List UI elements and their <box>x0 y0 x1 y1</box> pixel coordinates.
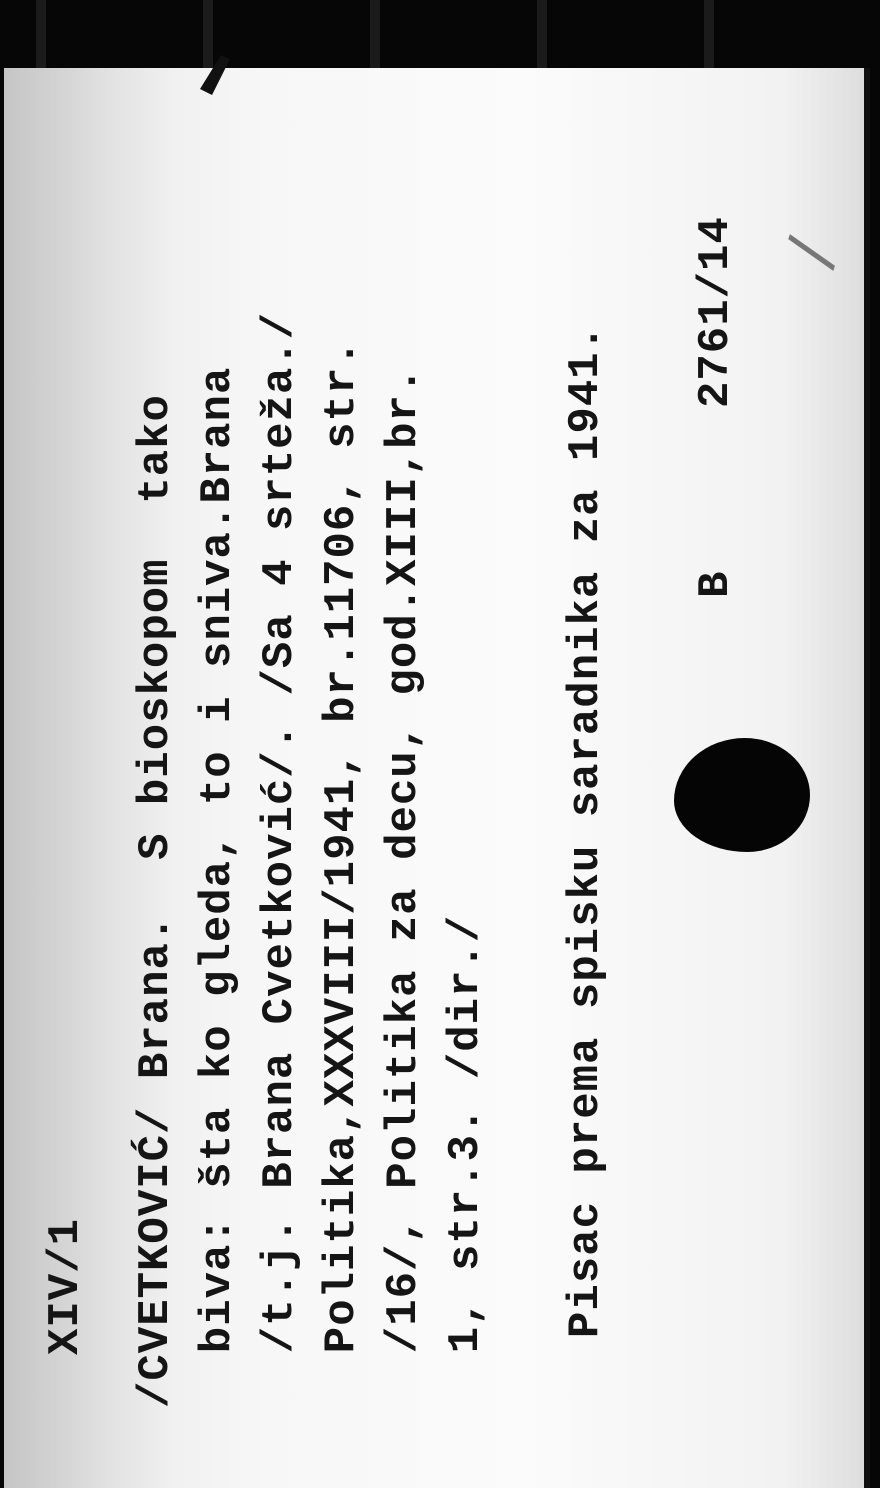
pencil-mark: / <box>772 231 849 274</box>
scan-streak <box>704 0 714 70</box>
scanner-background: XIV/1 /CVETKOVIĆ/ Brana. S bioskopom tak… <box>0 0 880 1488</box>
scan-streak <box>36 0 46 70</box>
entry-line-4: Politika,XXXVIII/1941, br.11706, str. <box>320 339 364 1408</box>
entry-line-1: /CVETKOVIĆ/ Brana. S bioskopom tako <box>134 394 178 1408</box>
scan-streak <box>370 0 380 70</box>
source-note: Pisac prema spisku saradnika za 1941. <box>564 324 608 1338</box>
entry-line-2: biva: šta ko gleda, to i sniva.Brana <box>196 367 240 1408</box>
shelfmark: XIV/1 <box>44 1218 88 1355</box>
entry-line-3: /t.j. Brana Cvetković/. /Sa 4 srteža./ <box>258 312 302 1408</box>
punch-hole <box>674 738 810 852</box>
entry-line-6: 1, str.3. /dir./ <box>444 915 488 1408</box>
collection-code: B <box>694 571 738 598</box>
inventory-number: 2761/14 <box>694 216 738 408</box>
scan-streak <box>537 0 547 70</box>
scan-streak <box>203 0 213 70</box>
entry-line-5: /16/, Politika za decu, god.XIII,br. <box>382 367 426 1408</box>
